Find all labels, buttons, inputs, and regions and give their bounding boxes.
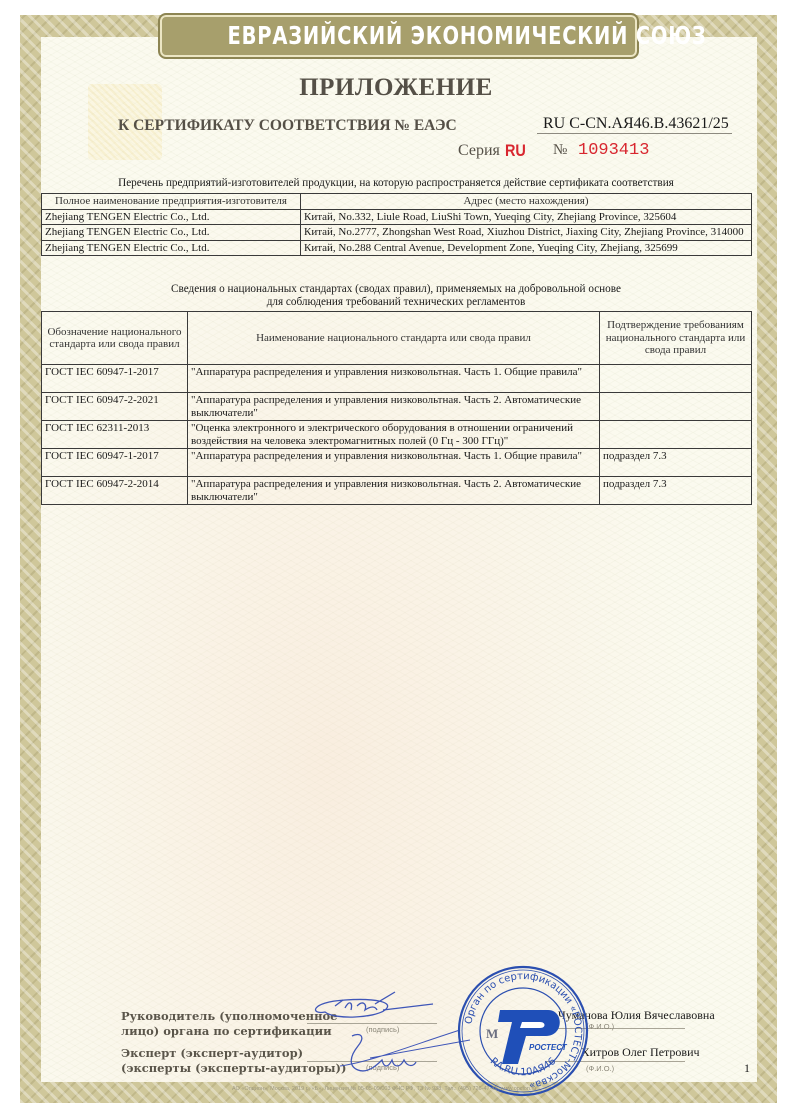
column-header: Подтверждение требованиям национального … [600, 312, 752, 365]
expert-name: Хитров Олег Петрович [581, 1045, 700, 1060]
page-title: ПРИЛОЖЕНИЕ [0, 74, 792, 102]
standard-code: ГОСТ IEC 60947-2-2021 [42, 393, 188, 421]
printer-line: АО «Опцион», Москва, 2019 г., «Б», Лицен… [232, 1086, 536, 1092]
table-row: ГОСТ IEC 60947-2-2014 "Аппаратура распре… [42, 477, 752, 505]
blank-number: 1093413 [578, 141, 649, 160]
standard-code: ГОСТ IEC 60947-1-2017 [42, 365, 188, 393]
standard-confirmation [600, 421, 752, 449]
standard-code: ГОСТ IEC 62311-2013 [42, 421, 188, 449]
standard-name: "Оценка электронного и электрического об… [188, 421, 600, 449]
head-signature [305, 990, 445, 1030]
standard-confirmation: подраздел 7.3 [600, 477, 752, 505]
stamp-mark: М [486, 1026, 498, 1041]
certification-stamp: Орган по сертификации «РОСТЕСТ-Москва» R… [456, 964, 590, 1098]
certificate-subtitle: К СЕРТИФИКАТУ СООТВЕТСТВИЯ № ЕАЭС [118, 117, 457, 135]
table-row: Zhejiang TENGEN Electric Co., Ltd. Китай… [42, 240, 752, 256]
manufacturer-name: Zhejiang TENGEN Electric Co., Ltd. [42, 240, 301, 256]
standard-code: ГОСТ IEC 60947-2-2014 [42, 477, 188, 505]
standards-caption-line1: Сведения о национальных стандартах (свод… [0, 283, 792, 296]
column-header: Наименование национального стандарта или… [188, 312, 600, 365]
standard-name: "Аппаратура распределения и управления н… [188, 449, 600, 477]
table-row: Zhejiang TENGEN Electric Co., Ltd. Китай… [42, 225, 752, 241]
rostest-logo-icon [498, 1010, 560, 1064]
standard-code: ГОСТ IEC 60947-1-2017 [42, 449, 188, 477]
manufacturer-address: Китай, No.332, Liule Road, LiuShi Town, … [301, 209, 752, 225]
standards-table: Обозначение национального стандарта или … [41, 311, 752, 505]
table-row: Zhejiang TENGEN Electric Co., Ltd. Китай… [42, 209, 752, 225]
expert-label-line2: (эксперты (эксперты-аудиторы)) [121, 1061, 346, 1076]
certificate-number: RU C-CN.АЯ46.B.43621/25 [537, 115, 732, 134]
table-row: ГОСТ IEC 62311-2013 "Оценка электронного… [42, 421, 752, 449]
column-header: Полное наименование предприятия-изготови… [42, 194, 301, 210]
series-value: RU [505, 141, 526, 161]
standard-confirmation: подраздел 7.3 [600, 449, 752, 477]
stamp-logo-text: РОСТЕСТ [529, 1043, 568, 1052]
column-header: Обозначение национального стандарта или … [42, 312, 188, 365]
standard-confirmation [600, 393, 752, 421]
manufacturers-caption: Перечень предприятий-изготовителей проду… [0, 177, 792, 190]
standard-name: "Аппаратура распределения и управления н… [188, 393, 600, 421]
series-label: Серия [458, 142, 500, 160]
manufacturer-name: Zhejiang TENGEN Electric Co., Ltd. [42, 225, 301, 241]
column-header: Адрес (место нахождения) [301, 194, 752, 210]
table-header-row: Обозначение национального стандарта или … [42, 312, 752, 365]
standard-name: "Аппаратура распределения и управления н… [188, 477, 600, 505]
page-number: 1 [744, 1061, 750, 1076]
standard-name: "Аппаратура распределения и управления н… [188, 365, 600, 393]
head-name-hint: (Ф.И.О.) [586, 1022, 614, 1031]
number-label: № [553, 142, 567, 159]
union-banner: ЕВРАЗИЙСКИЙ ЭКОНОМИЧЕСКИЙ СОЮЗ [158, 13, 639, 59]
manufacturer-name: Zhejiang TENGEN Electric Co., Ltd. [42, 209, 301, 225]
standard-confirmation [600, 365, 752, 393]
manufacturers-table: Полное наименование предприятия-изготови… [41, 193, 752, 256]
expert-name-hint: (Ф.И.О.) [586, 1064, 614, 1073]
table-row: ГОСТ IEC 60947-1-2017 "Аппаратура распре… [42, 365, 752, 393]
table-header-row: Полное наименование предприятия-изготови… [42, 194, 752, 210]
table-row: ГОСТ IEC 60947-2-2021 "Аппаратура распре… [42, 393, 752, 421]
standards-caption-line2: для соблюдения требований технических ре… [0, 296, 792, 309]
manufacturer-address: Китай, No.2777, Zhongshan West Road, Xiu… [301, 225, 752, 241]
table-row: ГОСТ IEC 60947-1-2017 "Аппаратура распре… [42, 449, 752, 477]
expert-label-line1: Эксперт (эксперт-аудитор) [121, 1046, 346, 1061]
union-banner-text: ЕВРАЗИЙСКИЙ ЭКОНОМИЧЕСКИЙ СОЮЗ [228, 15, 707, 57]
manufacturer-address: Китай, No.288 Central Avenue, Developmen… [301, 240, 752, 256]
